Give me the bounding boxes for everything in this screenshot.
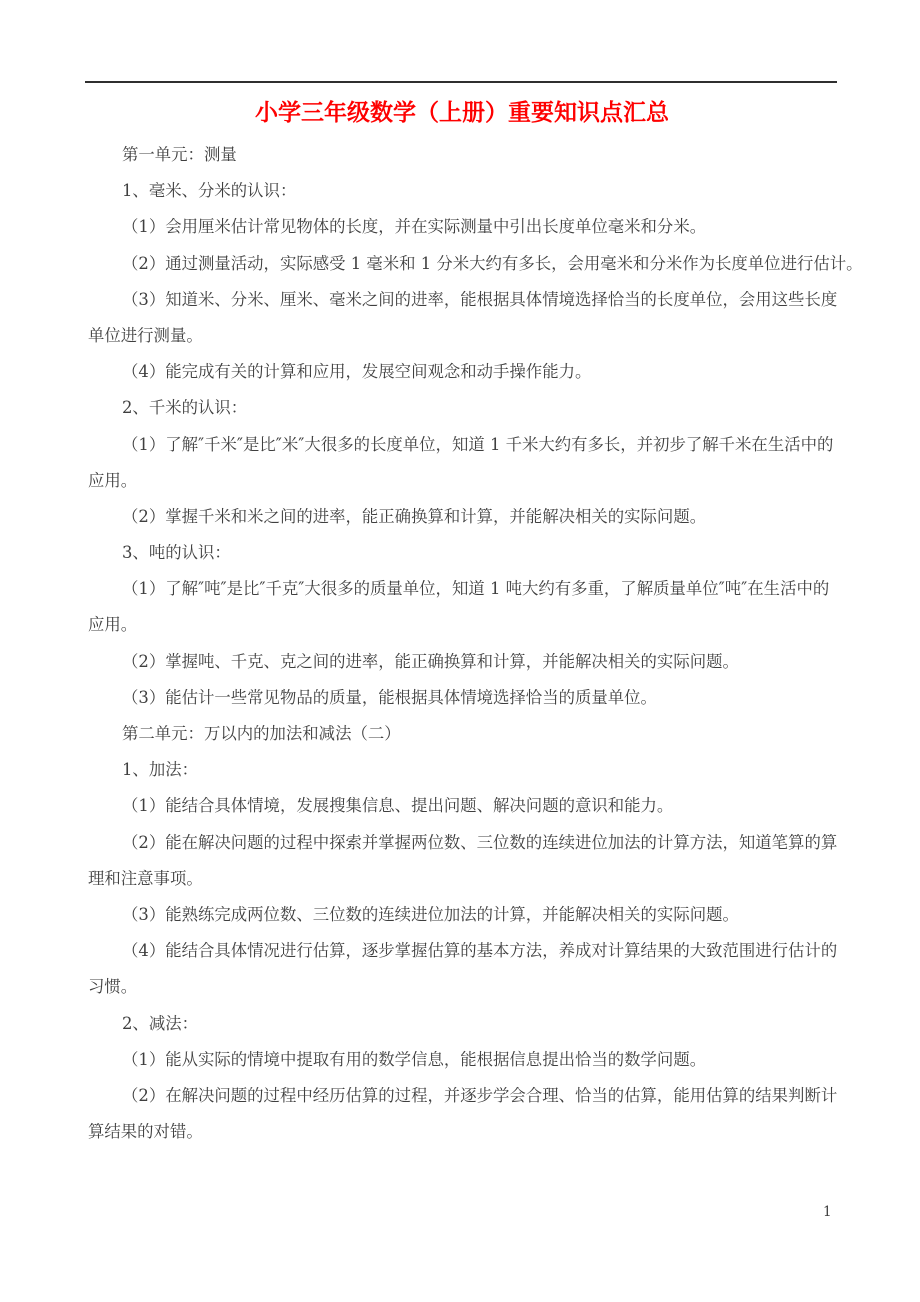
text-line-section1: 1、加法： bbox=[88, 752, 848, 788]
text-line: （1）能从实际的情境中提取有用的数学信息，能根据信息提出恰当的数学问题。 bbox=[88, 1042, 848, 1078]
text-line: （3）知道米、分米、厘米、毫米之间的进率，能根据具体情境选择恰当的长度单位，会用… bbox=[88, 282, 848, 318]
text-line: （1）了解″吨″是比″千克″大很多的质量单位，知道 1 吨大约有多重，了解质量单… bbox=[88, 571, 848, 607]
document-page: 小学三年级数学（上册）重要知识点汇总 第一单元：测量 1、毫米、分米的认识： （… bbox=[0, 0, 920, 1302]
text-line: （1）能结合具体情境，发展搜集信息、提出问题、解决问题的意识和能力。 bbox=[88, 788, 848, 824]
text-line-unit1-heading: 第一单元：测量 bbox=[88, 137, 848, 173]
text-line-section2: 2、千米的认识： bbox=[88, 390, 848, 426]
text-line: （2）掌握千米和米之间的进率，能正确换算和计算，并能解决相关的实际问题。 bbox=[88, 499, 848, 535]
text-line-section1: 1、毫米、分米的认识： bbox=[88, 173, 848, 209]
text-line: （1）会用厘米估计常见物体的长度，并在实际测量中引出长度单位毫米和分米。 bbox=[88, 209, 848, 245]
text-line-continuation: 算结果的对错。 bbox=[88, 1114, 848, 1150]
text-line-continuation: 应用。 bbox=[88, 463, 848, 499]
text-line-continuation: 理和注意事项。 bbox=[88, 861, 848, 897]
document-title: 小学三年级数学（上册）重要知识点汇总 bbox=[88, 94, 836, 127]
text-line-continuation: 习惯。 bbox=[88, 969, 848, 1005]
text-line-continuation: 单位进行测量。 bbox=[88, 318, 848, 354]
text-line-continuation: 应用。 bbox=[88, 607, 848, 643]
text-line: （2）通过测量活动，实际感受 1 毫米和 1 分米大约有多长，会用毫米和分米作为… bbox=[88, 246, 848, 282]
document-body: 第一单元：测量 1、毫米、分米的认识： （1）会用厘米估计常见物体的长度，并在实… bbox=[88, 137, 848, 1150]
text-line: （3）能熟练完成两位数、三位数的连续进位加法的计算，并能解决相关的实际问题。 bbox=[88, 897, 848, 933]
page-number: 1 bbox=[823, 1204, 832, 1220]
text-line-unit2-heading: 第二单元：万以内的加法和减法（二） bbox=[88, 716, 848, 752]
text-line: （2）在解决问题的过程中经历估算的过程，并逐步学会合理、恰当的估算，能用估算的结… bbox=[88, 1078, 848, 1114]
text-line-section2: 2、减法： bbox=[88, 1006, 848, 1042]
text-line: （4）能完成有关的计算和应用，发展空间观念和动手操作能力。 bbox=[88, 354, 848, 390]
text-line: （2）能在解决问题的过程中探索并掌握两位数、三位数的连续进位加法的计算方法，知道… bbox=[88, 825, 848, 861]
text-line: （1）了解″千米″是比″米″大很多的长度单位，知道 1 千米大约有多长，并初步了… bbox=[88, 427, 848, 463]
header-rule bbox=[85, 81, 837, 83]
text-line: （2）掌握吨、千克、克之间的进率，能正确换算和计算，并能解决相关的实际问题。 bbox=[88, 644, 848, 680]
text-line-section3: 3、吨的认识： bbox=[88, 535, 848, 571]
text-line: （3）能估计一些常见物品的质量，能根据具体情境选择恰当的质量单位。 bbox=[88, 680, 848, 716]
text-line: （4）能结合具体情况进行估算，逐步掌握估算的基本方法，养成对计算结果的大致范围进… bbox=[88, 933, 848, 969]
